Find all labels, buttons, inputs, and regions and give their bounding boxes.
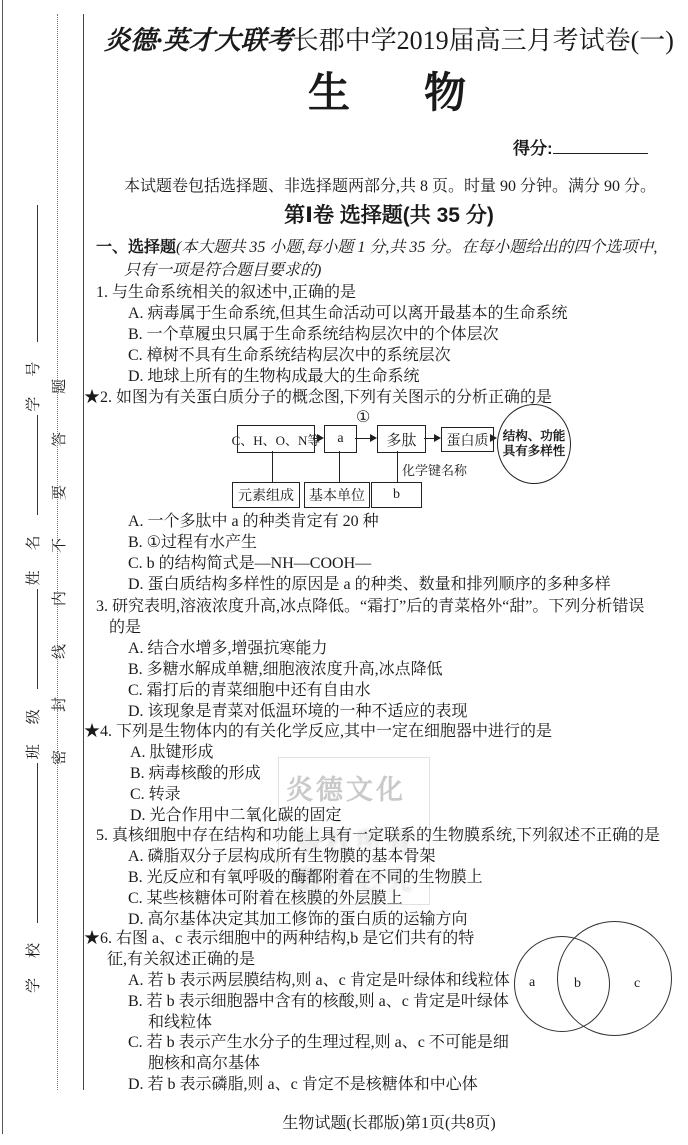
student-info-fields: 学校 班级 姓名 学号 (22, 93, 44, 993)
student-number-field-label: 学号 (26, 342, 42, 412)
section-note-line1: 一、选择题(本大题共 35 小题,每小题 1 分,共 35 分。在每小题给出的四… (96, 238, 657, 258)
question-5-option-a: A. 磷脂双分子层构成所有生物膜的基本骨架 (128, 847, 436, 867)
question-3-option-c: C. 霜打后的青菜细胞中还有自由水 (128, 681, 371, 701)
question-5-option-b: B. 光反应和有氧呼吸的酶都附着在不同的生物膜上 (128, 868, 483, 888)
score-label: 得分: (513, 139, 553, 158)
diagram-bond-label: 化学键名称 (402, 460, 467, 479)
question-4-stem: ★4. 下列是生物体内的有关化学反应,其中一定在细胞器中进行的是 (84, 722, 552, 742)
question-4-option-b: B. 病毒核酸的形成 (130, 764, 261, 784)
question-3-option-d: D. 该现象是青菜对低温环境的一种不适应的表现 (128, 702, 468, 722)
exam-paper-page: 学校 班级 姓名 学号 密封线内不要答题 炎德·英才大联考长郡中学2019届高三… (0, 0, 688, 1145)
question-2-option-d: D. 蛋白质结构多样性的原因是 a 的种类、数量和排列顺序的多种多样 (128, 575, 611, 595)
diagram-box-b: b (371, 482, 422, 508)
diagram-box-peptide: 多肽 (377, 425, 426, 453)
question-3-stem-line1: 3. 研究表明,溶液浓度升高,冰点降低。“霜打”后的青菜格外“甜”。下列分析错误 (96, 597, 644, 617)
star-icon: ★ (84, 723, 100, 740)
question-3-option-b: B. 多糖水解成单糖,细胞液浓度升高,冰点降低 (128, 660, 443, 680)
diagram-step1-label: ① (356, 407, 370, 427)
connector-line (397, 451, 398, 482)
arrow-right-icon (317, 434, 324, 442)
score-blank-line (553, 136, 648, 154)
question-5-option-d: D. 高尔基体决定其加工修饰的蛋白质的运输方向 (128, 910, 468, 930)
question-5-option-c: C. 某些核糖体可附着在核膜的外层膜上 (128, 889, 403, 909)
arrow-right-icon (434, 434, 441, 442)
connector-line (339, 451, 340, 482)
diagram-box-unit: 基本单位 (304, 482, 370, 508)
seal-line-text: 密封线内不要答题 (48, 305, 69, 765)
brand-name: 炎德·英才大联考 (104, 26, 293, 55)
question-1-option-c: C. 樟树不具有生命系统结构层次中的系统层次 (128, 346, 451, 366)
venn-label-b: b (574, 976, 581, 992)
score-field: 得分: (513, 134, 648, 159)
venn-label-a: a (529, 975, 535, 991)
name-field-label: 姓名 (26, 515, 42, 585)
diagram-box-elements: C、H、O、N等 (237, 425, 315, 453)
question-3-option-a: A. 结合水增多,增强抗寒能力 (128, 639, 328, 659)
page-edge-line (2, 0, 3, 1134)
watermark-text: 炎德文化 (286, 768, 406, 807)
paper-title-rest: 长郡中学2019届高三月考试卷(一) (293, 26, 674, 55)
section-title: 第Ⅰ卷 选择题(共 35 分) (90, 199, 688, 229)
diagram-box-protein: 蛋白质 (441, 427, 494, 452)
question-6-stem-line1: ★6. 右图 a、c 表示细胞中的两种结构,b 是它们共有的特 (84, 929, 474, 949)
school-field-label: 学校 (26, 923, 42, 993)
question-6-stem-line2: 征,有关叙述正确的是 (107, 950, 255, 970)
question-2-option-c: C. b 的结构简式是—NH—COOH— (128, 554, 371, 574)
exam-info: 本试题卷包括选择题、非选择题两部分,共 8 页。时量 90 分钟。满分 90 分… (124, 173, 656, 196)
page-footer: 生物试题(长郡版)第1页(共8页) (90, 1110, 688, 1133)
class-blank-line (23, 589, 38, 689)
diagram-ellipse-diversity: 结构、功能 具有多样性 (497, 404, 571, 484)
arrow-line (355, 438, 371, 439)
subject-title: 生物 (308, 60, 540, 120)
question-6-option-a: A. 若 b 表示两层膜结构,则 a、c 肯定是叶绿体和线粒体 (128, 971, 510, 991)
question-2-option-a: A. 一个多肽中 a 的种类肯定有 20 种 (128, 512, 379, 532)
diagram-box-a: a (324, 425, 357, 453)
question-6-option-c-line1: C. 若 b 表示产生水分子的生理过程,则 a、c 不可能是细 (128, 1033, 509, 1053)
arrow-right-icon (490, 434, 497, 442)
question-1-stem: 1. 与生命系统相关的叙述中,正确的是 (96, 283, 356, 303)
question-4-option-a: A. 肽键形成 (130, 743, 214, 763)
question-6-option-b-line1: B. 若 b 表示细胞器中含有的核酸,则 a、c 肯定是叶绿体 (128, 992, 509, 1012)
connector-line (272, 451, 273, 482)
question-6-option-d: D. 若 b 表示磷脂,则 a、c 肯定不是核糖体和中心体 (128, 1075, 478, 1095)
star-icon: ★ (84, 930, 100, 947)
question-2-option-b: B. ①过程有水产生 (128, 533, 257, 553)
question-5-stem: 5. 真核细胞中存在结构和功能上具有一定联系的生物膜系统,下列叙述不正确的是 (96, 826, 660, 846)
question-1-option-b: B. 一个草履虫只属于生命系统结构层次中的个体层次 (128, 325, 499, 345)
paper-title: 炎德·英才大联考长郡中学2019届高三月考试卷(一) (90, 20, 688, 57)
diagram-box-composition: 元素组成 (232, 482, 300, 508)
student-number-blank-line (23, 205, 38, 342)
class-field-label: 班级 (26, 689, 42, 759)
section-note-line2: 只有一项是符合题目要求的) (124, 261, 321, 281)
star-icon: ★ (84, 389, 100, 406)
question-1-option-a: A. 病毒属于生命系统,但其生命活动可以离开最基本的生命系统 (128, 304, 568, 324)
school-blank-line (23, 763, 38, 923)
question-6-option-c-line2: 胞核和高尔基体 (148, 1054, 260, 1074)
question-2-stem: ★2. 如图为有关蛋白质分子的概念图,下列有关图示的分析正确的是 (84, 388, 552, 408)
question-1-option-d: D. 地球上所有的生物构成最大的生命系统 (128, 367, 420, 387)
section-note-lead: 一、选择题 (96, 239, 176, 256)
venn-label-c: c (634, 976, 640, 992)
arrow-right-icon (370, 434, 377, 442)
name-blank-line (23, 415, 38, 515)
question-3-stem-line2: 的是 (109, 618, 141, 638)
question-4-option-c: C. 转录 (130, 785, 181, 805)
question-6-option-b-line2: 和线粒体 (148, 1013, 212, 1033)
